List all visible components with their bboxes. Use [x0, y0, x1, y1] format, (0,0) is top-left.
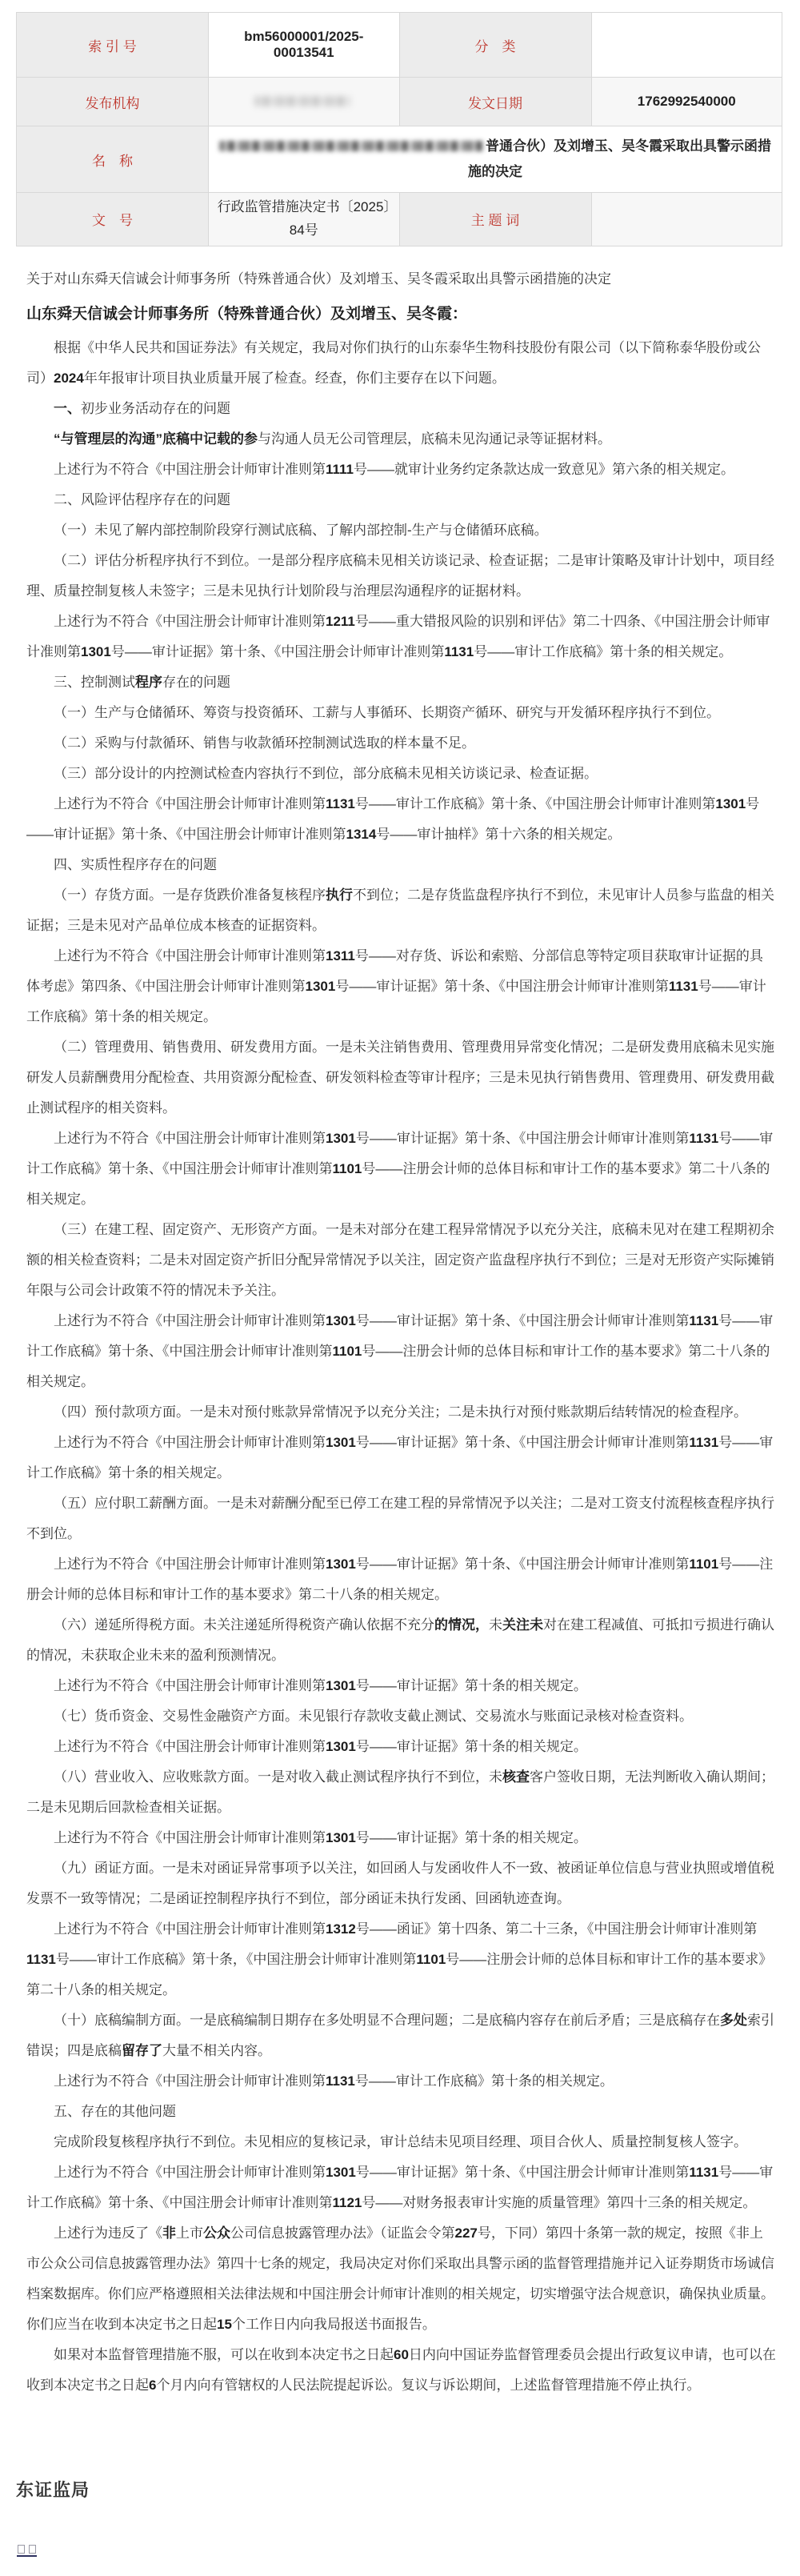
paragraph-7: （一）未见了解内部控制阶段穿行测试底稿、了解内部控制-生产与仓储循环底稿。: [26, 515, 776, 546]
missing-glyph-icon: [18, 2545, 25, 2554]
redaction-blur: [219, 141, 483, 151]
paragraph-40: 如果对本监督管理措施不服，可以在收到本决定书之日起60日内向中国证券监督管理委员…: [26, 2340, 776, 2401]
paragraph-3: 一、初步业务活动存在的问题: [26, 394, 776, 424]
missing-glyph-icon: [29, 2545, 36, 2554]
paragraph-38: 上述行为不符合《中国注册会计师审计准则第1301号——审计证据》第十条、《中国注…: [26, 2157, 776, 2218]
paragraph-37: 完成阶段复核程序执行不到位。未见相应的复核记录，审计总结未见项目经理、项目合伙人…: [26, 2127, 776, 2157]
meta-label-subject-words: 主 题 词: [399, 193, 591, 246]
paragraph-35: 上述行为不符合《中国注册会计师审计准则第1131号——审计工作底稿》第十条的相关…: [26, 2066, 776, 2097]
paragraph-2: 根据《中华人民共和国证券法》有关规定，我局对你们执行的山东泰华生物科技股份有限公…: [26, 333, 776, 394]
paragraph-21: 上述行为不符合《中国注册会计师审计准则第1301号——审计证据》第十条、《中国注…: [26, 1306, 776, 1397]
paragraph-16: （一）存货方面。一是存货跌价准备复核程序执行不到位；二是存货监盘程序执行不到位，…: [26, 880, 776, 941]
paragraph-31: 上述行为不符合《中国注册会计师审计准则第1301号——审计证据》第十条的相关规定…: [26, 1823, 776, 1853]
document-body: 关于对山东舜天信诚会计师事务所（特殊普通合伙）及刘增玉、吴冬霞采取出具警示函措施…: [0, 246, 800, 2401]
paragraph-28: （七）货币资金、交易性金融资产方面。未见银行存款收支截止测试、交易流水与账面记录…: [26, 1701, 776, 1732]
paragraph-19: 上述行为不符合《中国注册会计师审计准则第1301号——审计证据》第十条、《中国注…: [26, 1124, 776, 1215]
paragraph-30: （八）营业收入、应收账款方面。一是对收入截止测试程序执行不到位，未核查客户签收日…: [26, 1762, 776, 1823]
paragraph-15: 四、实质性程序存在的问题: [26, 850, 776, 880]
paragraph-4: “与管理层的沟通”底稿中记载的参与沟通人员无公司管理层，底稿未见沟通记录等证据材…: [26, 424, 776, 455]
meta-value-index-number: bm56000001/2025-00013541: [209, 13, 400, 78]
paragraph-17: 上述行为不符合《中国注册会计师审计准则第1311号——对存货、诉讼和索赔、分部信…: [26, 941, 776, 1032]
meta-label-agency: 发布机构: [17, 78, 209, 126]
paragraph-39: 上述行为违反了《非上市公众公司信息披露管理办法》（证监会令第227号，下同）第四…: [26, 2218, 776, 2340]
paragraph-36: 五、存在的其他问题: [26, 2097, 776, 2127]
paragraph-12: （二）采购与付款循环、销售与收款循环控制测试选取的样本量不足。: [26, 728, 776, 759]
meta-value-subject-words: [591, 193, 782, 246]
meta-value-name: 普通合伙）及刘增玉、吴冬霞采取出具警示函措施的决定: [209, 126, 782, 193]
meta-label-issue-date: 发文日期: [399, 78, 591, 126]
meta-value-issue-date: 1762992540000: [591, 78, 782, 126]
meta-label-doc-number: 文 号: [17, 193, 209, 246]
redaction-blur: [254, 96, 350, 106]
meta-label-index-number: 索 引 号: [17, 13, 209, 78]
paragraph-13: （三）部分设计的内控测试检查内容执行不到位，部分底稿未见相关访谈记录、检查证据。: [26, 759, 776, 789]
issuer-signature: 东证监局: [16, 2477, 800, 2502]
paragraph-25: 上述行为不符合《中国注册会计师审计准则第1301号——审计证据》第十条、《中国注…: [26, 1549, 776, 1610]
attachment-link[interactable]: [17, 2545, 37, 2557]
paragraph-26: （六）递延所得税方面。未关注递延所得税资产确认依据不充分的情况，未关注未对在建工…: [26, 1610, 776, 1671]
document-name-visible-text: 普通合伙）及刘增玉、吴冬霞采取出具警示函措施的决定: [468, 138, 771, 179]
paragraph-20: （三）在建工程、固定资产、无形资产方面。一是未对部分在建工程异常情况予以充分关注…: [26, 1215, 776, 1306]
paragraph-6: 二、风险评估程序存在的问题: [26, 485, 776, 515]
paragraph-34: （十）底稿编制方面。一是底稿编制日期存在多处明显不合理问题；二是底稿内容存在前后…: [26, 2005, 776, 2066]
addressee-line: 山东舜天信诚会计师事务所（特殊普通合伙）及刘增玉、吴冬霞：: [26, 297, 776, 332]
paragraph-23: 上述行为不符合《中国注册会计师审计准则第1301号——审计证据》第十条、《中国注…: [26, 1428, 776, 1488]
paragraph-22: （四）预付款项方面。一是未对预付账款异常情况予以充分关注；二是未执行对预付账款期…: [26, 1397, 776, 1428]
metadata-table: 索 引 号 bm56000001/2025-00013541 分 类 发布机构 …: [16, 12, 782, 246]
paragraph-32: （九）函证方面。一是未对函证异常事项予以关注，如回函人与发函收件人不一致、被函证…: [26, 1853, 776, 1914]
paragraph-5: 上述行为不符合《中国注册会计师审计准则第1111号——就审计业务约定条款达成一致…: [26, 455, 776, 485]
paragraph-8: （二）评估分析程序执行不到位。一是部分程序底稿未见相关访谈记录、检查证据；二是审…: [26, 546, 776, 607]
meta-value-category: [591, 13, 782, 78]
paragraph-11: （一）生产与仓储循环、筹资与投资循环、工薪与人事循环、长期资产循环、研究与开发循…: [26, 698, 776, 728]
paragraph-33: 上述行为不符合《中国注册会计师审计准则第1312号——函证》第十四条、第二十三条…: [26, 1914, 776, 2005]
paragraph-9: 上述行为不符合《中国注册会计师审计准则第1211号——重大错报风险的识别和评估》…: [26, 607, 776, 667]
paragraph-14: 上述行为不符合《中国注册会计师审计准则第1131号——审计工作底稿》第十条、《中…: [26, 789, 776, 850]
document-page: 索 引 号 bm56000001/2025-00013541 分 类 发布机构 …: [0, 12, 800, 2558]
meta-value-agency: [209, 78, 400, 126]
paragraph-27: 上述行为不符合《中国注册会计师审计准则第1301号——审计证据》第十条的相关规定…: [26, 1671, 776, 1701]
document-title: 关于对山东舜天信诚会计师事务所（特殊普通合伙）及刘增玉、吴冬霞采取出具警示函措施…: [26, 264, 776, 294]
paragraph-29: 上述行为不符合《中国注册会计师审计准则第1301号——审计证据》第十条的相关规定…: [26, 1732, 776, 1762]
meta-label-name: 名 称: [17, 126, 209, 193]
meta-label-category: 分 类: [399, 13, 591, 78]
paragraph-10: 三、控制测试程序存在的问题: [26, 667, 776, 698]
paragraph-18: （二）管理费用、销售费用、研发费用方面。一是未关注销售费用、管理费用异常变化情况…: [26, 1032, 776, 1124]
meta-value-doc-number: 行政监管措施决定书〔2025〕84号: [209, 193, 400, 246]
paragraph-24: （五）应付职工薪酬方面。一是未对薪酬分配至已停工在建工程的异常情况予以关注；二是…: [26, 1488, 776, 1549]
